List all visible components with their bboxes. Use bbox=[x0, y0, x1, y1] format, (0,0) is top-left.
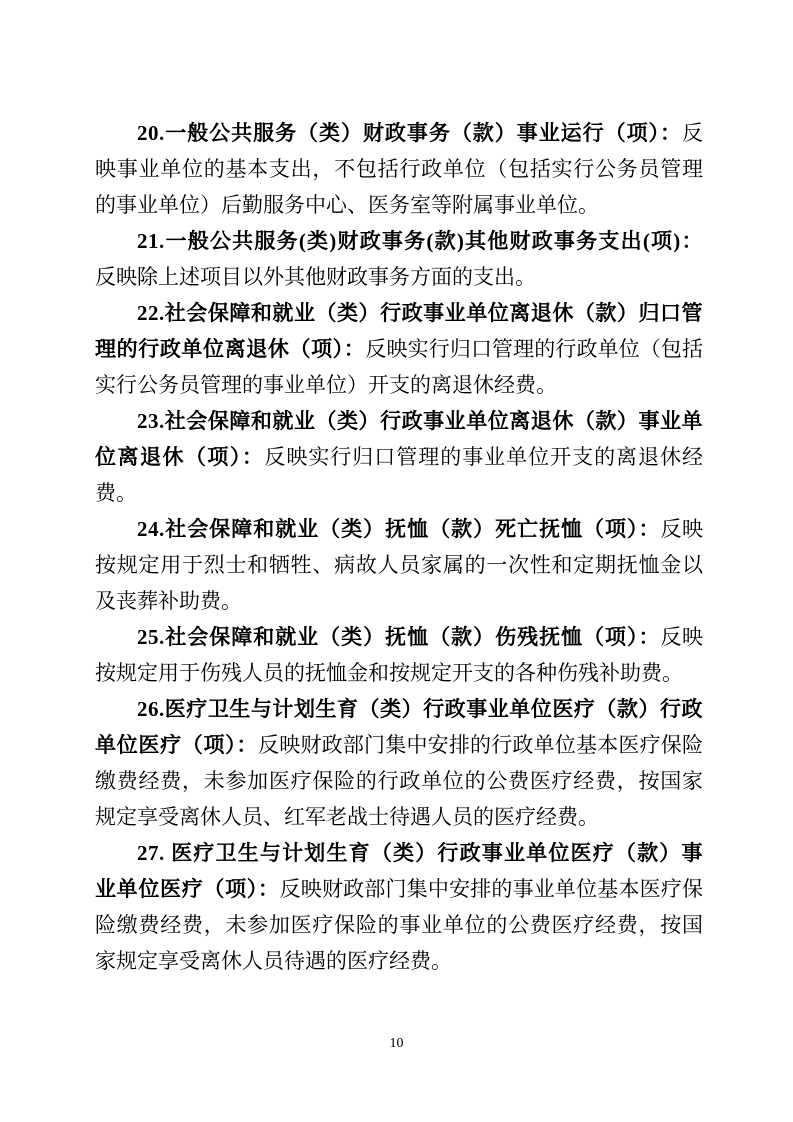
document-body-text: 20.一般公共服务（类）财政事务（款）事业运行（项）：反映事业单位的基本支出，不… bbox=[95, 115, 703, 979]
paragraph-item-26: 26.医疗卫生与计划生育（类）行政事业单位医疗（款）行政单位医疗（项）：反映财政… bbox=[95, 691, 703, 835]
document-page: 20.一般公共服务（类）财政事务（款）事业运行（项）：反映事业单位的基本支出，不… bbox=[0, 0, 793, 1122]
paragraph-24-heading: 24.社会保障和就业（类）抚恤（款）死亡抚恤（项）： bbox=[137, 517, 661, 541]
paragraph-25-heading: 25.社会保障和就业（类）抚恤（款）伤残抚恤（项）： bbox=[137, 625, 661, 649]
paragraph-item-25: 25.社会保障和就业（类）抚恤（款）伤残抚恤（项）：反映按规定用于伤残人员的抚恤… bbox=[95, 619, 703, 691]
paragraph-21-body: 反映除上述项目以外其他财政事务方面的支出。 bbox=[95, 265, 536, 289]
paragraph-item-24: 24.社会保障和就业（类）抚恤（款）死亡抚恤（项）：反映按规定用于烈士和牺牲、病… bbox=[95, 511, 703, 619]
paragraph-item-23: 23.社会保障和就业（类）行政事业单位离退休（款）事业单位离退休（项）：反映实行… bbox=[95, 403, 703, 511]
paragraph-20-heading: 20.一般公共服务（类）财政事务（款）事业运行（项）： bbox=[137, 121, 682, 145]
paragraph-item-20: 20.一般公共服务（类）财政事务（款）事业运行（项）：反映事业单位的基本支出，不… bbox=[95, 115, 703, 223]
paragraph-item-27: 27. 医疗卫生与计划生育（类）行政事业单位医疗（款）事业单位医疗（项）：反映财… bbox=[95, 835, 703, 979]
paragraph-item-21: 21.一般公共服务(类)财政事务(款)其他财政事务支出(项)：反映除上述项目以外… bbox=[95, 223, 703, 295]
page-number: 10 bbox=[0, 1036, 793, 1052]
paragraph-item-22: 22.社会保障和就业（类）行政事业单位离退休（款）归口管理的行政单位离退休（项）… bbox=[95, 295, 703, 403]
paragraph-21-heading: 21.一般公共服务(类)财政事务(款)其他财政事务支出(项)： bbox=[137, 229, 703, 253]
